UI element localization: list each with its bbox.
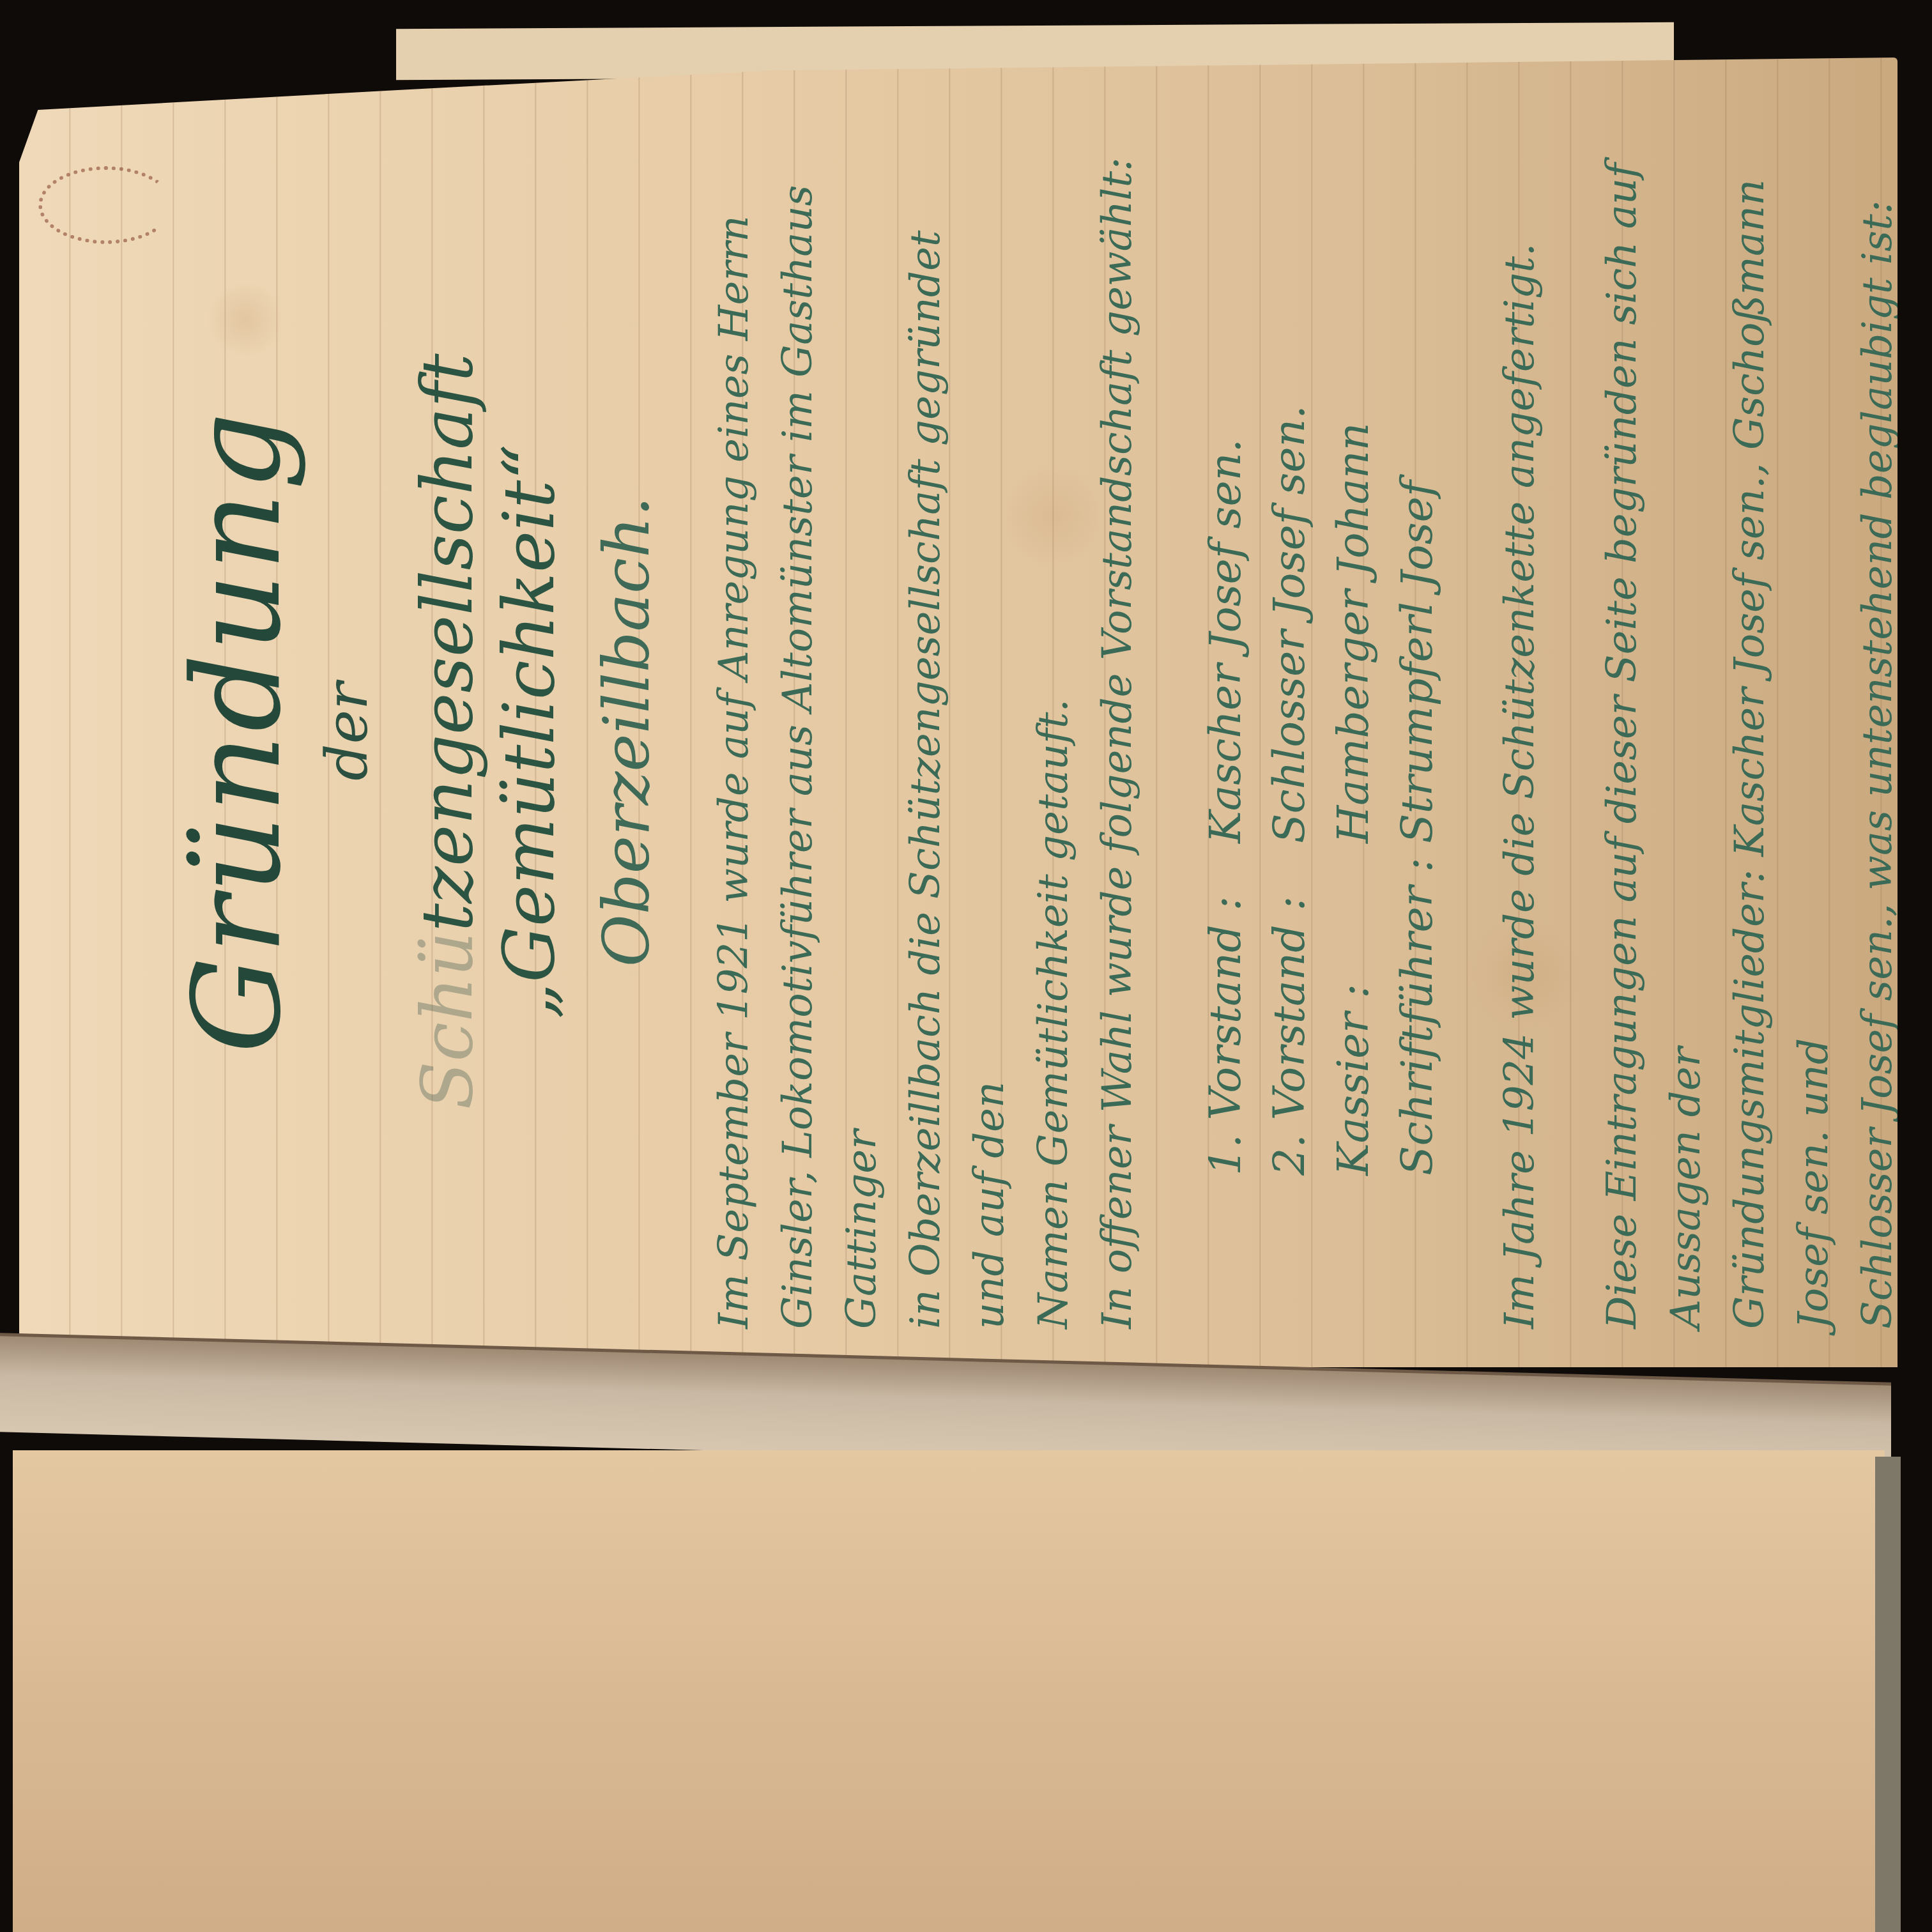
society-name: Schützengesellschaft „Gemütlichkeit“	[406, 96, 570, 1367]
board-role: 1. Vorstand :	[1194, 843, 1258, 1176]
subtitle-der: der	[314, 96, 381, 1367]
paragraph-line: Gründungsmitglieder: Kascher Josef sen.,…	[1718, 147, 1846, 1329]
board-members-list: 1. Vorstand : Kascher Josef sen. 2. Vors…	[1194, 96, 1450, 1176]
board-row: 2. Vorstand : Schlosser Josef sen.	[1258, 96, 1322, 1176]
handwritten-content: Gründung der Schützengesellschaft „Gemüt…	[147, 96, 1897, 1367]
board-row: Schriftführer : Strumpferl Josef	[1386, 96, 1450, 1176]
paragraph-line: Im September 1921 wurde auf Anregung ein…	[702, 147, 766, 1329]
society-name-text: tzengesellschaft „Gemütlichkeit“	[406, 353, 570, 1019]
paragraph-line: Namen Gemütlichkeit getauft.	[1022, 147, 1085, 1329]
board-role: 2. Vorstand :	[1258, 843, 1322, 1176]
blank-facing-page	[13, 1450, 1885, 1932]
paragraph-line: Im Jahre 1924 wurde die Schützenkette an…	[1488, 147, 1552, 1329]
book-cover-edge	[1875, 1457, 1901, 1932]
society-prefix-faded: Schü	[406, 931, 488, 1110]
open-ledger-book: Gründung der Schützengesellschaft „Gemüt…	[0, 0, 1932, 1932]
paragraph-1924: Im Jahre 1924 wurde die Schützenkette an…	[1488, 147, 1552, 1329]
board-row: 1. Vorstand : Kascher Josef sen.	[1194, 96, 1258, 1176]
paragraph-line: Ginsler, Lokomotivführer aus Altomünster…	[766, 147, 894, 1329]
page-title: Gründung	[166, 96, 307, 1367]
board-member-name: Schlosser Josef sen.	[1258, 405, 1322, 843]
paragraph-line: In offener Wahl wurde folgende Vorstands…	[1085, 147, 1149, 1329]
paragraph-line: Schlosser Josef sen., was untenstehend b…	[1846, 147, 1897, 1329]
closing-paragraph: Diese Eintragungen auf dieser Seite begr…	[1590, 147, 1897, 1329]
founding-paragraph: Im September 1921 wurde auf Anregung ein…	[702, 147, 1149, 1329]
board-role: Schriftführer :	[1386, 843, 1450, 1176]
paragraph-line: Diese Eintragungen auf dieser Seite begr…	[1590, 147, 1718, 1329]
paragraph-line: in Oberzeillbach die Schützengesellschaf…	[894, 147, 1022, 1329]
board-member-name: Hamberger Johann	[1322, 422, 1386, 843]
board-member-name: Strumpferl Josef	[1386, 480, 1450, 843]
board-member-name: Kascher Josef sen.	[1194, 439, 1258, 843]
written-page: Gründung der Schützengesellschaft „Gemüt…	[19, 57, 1897, 1367]
board-row: Kassier : Hamberger Johann	[1322, 96, 1386, 1176]
board-role: Kassier :	[1322, 843, 1386, 1176]
place-name: Oberzeillbach.	[589, 96, 664, 1367]
